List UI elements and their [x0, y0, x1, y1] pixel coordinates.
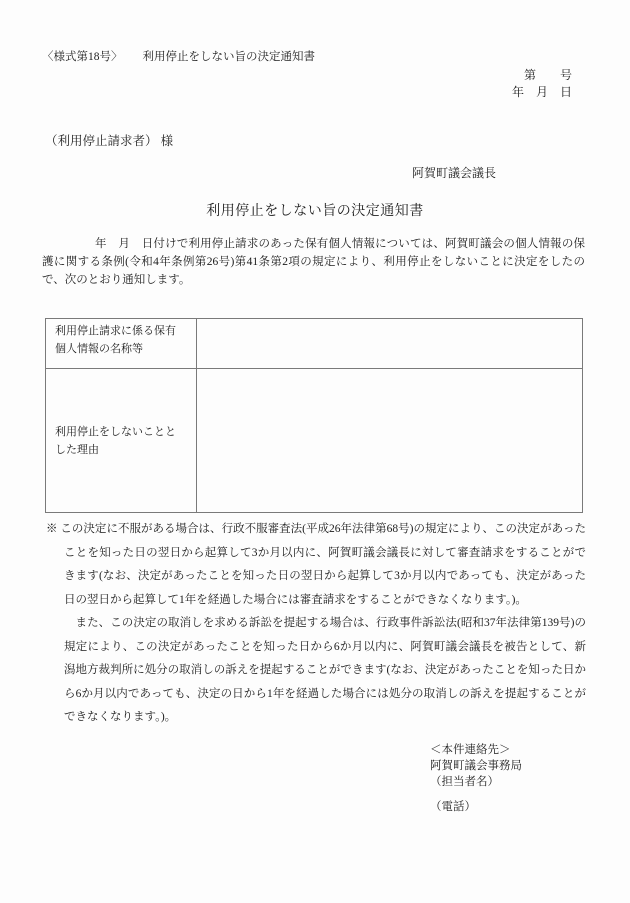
contact-block: ＜本件連絡先＞ 阿賀町議会事務局 （担当者名） （電話） [430, 742, 522, 815]
form-header: 〈様式第18号〉利用停止をしない旨の決定通知書 [42, 48, 315, 64]
form-number-label: 〈様式第18号〉 [42, 51, 123, 63]
form-header-title: 利用停止をしない旨の決定通知書 [143, 51, 316, 63]
row-label-reason: 利用停止をしないこととした理由 [46, 369, 197, 513]
document-number-placeholder: 第 号 [524, 66, 572, 83]
addressee-line: （利用停止請求者） 様 [45, 131, 173, 149]
contact-heading: ＜本件連絡先＞ [430, 742, 522, 758]
table-row-name: 利用停止請求に係る保有個人情報の名称等 [46, 319, 583, 369]
row-value-reason [197, 369, 583, 513]
appeal-note-paragraph-2: また、この決定の取消しを求める訴訟を提起する場合は、行政事件訴訟法(昭和37年法… [46, 612, 586, 730]
appeal-notes: ※ この決定に不服がある場合は、行政不服審査法(平成26年法律第68号)の規定に… [46, 518, 586, 730]
row-label-personal-info-name: 利用停止請求に係る保有個人情報の名称等 [46, 319, 197, 369]
row-value-personal-info-name [197, 319, 583, 369]
document-page: 〈様式第18号〉利用停止をしない旨の決定通知書 第 号 年 月 日 （利用停止請… [0, 0, 630, 903]
contact-person-label: （担当者名） [430, 774, 522, 790]
appeal-note-paragraph-1: ※ この決定に不服がある場合は、行政不服審査法(平成26年法律第68号)の規定に… [46, 518, 586, 612]
document-title: 利用停止をしない旨の決定通知書 [0, 200, 630, 220]
document-date-placeholder: 年 月 日 [512, 83, 572, 100]
body-paragraph: 年 月 日付けで利用停止請求のあった保有個人情報については、阿賀町議会の個人情報… [42, 235, 585, 289]
issuer-name: 阿賀町議会議長 [412, 164, 496, 181]
contact-office: 阿賀町議会事務局 [430, 758, 522, 774]
table-row-reason: 利用停止をしないこととした理由 [46, 369, 583, 513]
contact-phone-label: （電話） [430, 799, 522, 815]
info-table: 利用停止請求に係る保有個人情報の名称等 利用停止をしないこととした理由 [45, 318, 583, 513]
